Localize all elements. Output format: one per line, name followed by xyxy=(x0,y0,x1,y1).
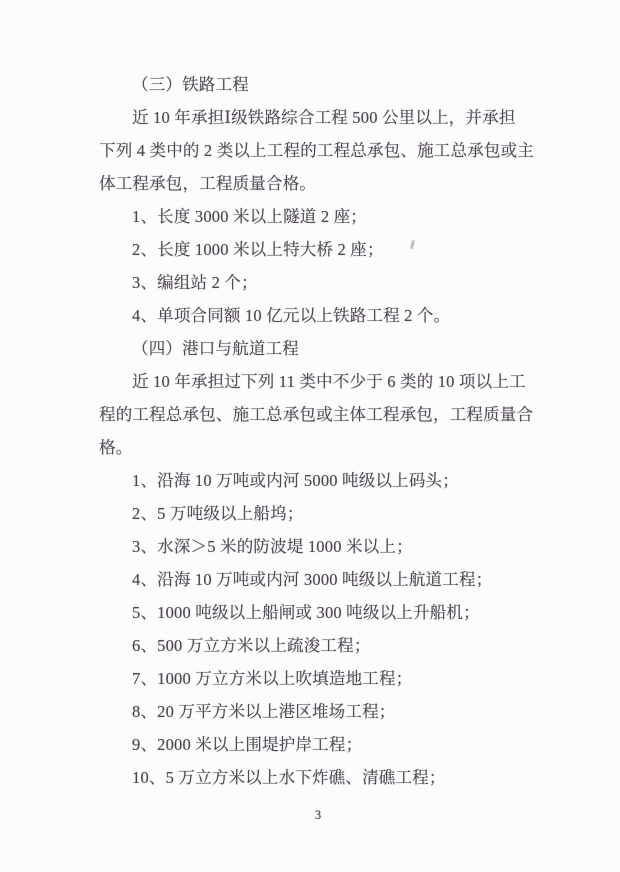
list-item: 10、5 万立方米以上水下炸礁、清礁工程； xyxy=(99,761,531,794)
list-item: 3、编组站 2 个； xyxy=(99,266,531,299)
list-item: 5、1000 吨级以上船闸或 300 吨级以上升船机； xyxy=(99,596,531,629)
paragraph-line: 程的工程总承包、施工总承包或主体工程承包，工程质量合 xyxy=(99,398,531,431)
list-item: 4、单项合同额 10 亿元以上铁路工程 2 个。 xyxy=(99,299,531,332)
list-item: 4、沿海 10 万吨或内河 3000 吨级以上航道工程； xyxy=(99,563,531,596)
list-item: 1、长度 3000 米以上隧道 2 座； xyxy=(99,200,531,233)
section-heading: （三）铁路工程 xyxy=(99,68,531,101)
list-item: 9、2000 米以上围堤护岸工程； xyxy=(99,728,531,761)
paragraph-line: 格。 xyxy=(99,431,531,464)
document-page: （三）铁路工程近 10 年承担Ⅰ级铁路综合工程 500 公里以上，并承担下列 4… xyxy=(0,0,620,872)
section-heading: （四）港口与航道工程 xyxy=(99,332,531,365)
document-text: （三）铁路工程近 10 年承担Ⅰ级铁路综合工程 500 公里以上，并承担下列 4… xyxy=(99,68,531,794)
page-number: 3 xyxy=(0,808,620,823)
list-item: 1、沿海 10 万吨或内河 5000 吨级以上码头； xyxy=(99,464,531,497)
list-item: 7、1000 万立方米以上吹填造地工程； xyxy=(99,662,531,695)
paragraph-line: 下列 4 类中的 2 类以上工程的工程总承包、施工总承包或主 xyxy=(99,134,531,167)
list-item: 8、20 万平方米以上港区堆场工程； xyxy=(99,695,531,728)
list-item: 2、5 万吨级以上船坞； xyxy=(99,497,531,530)
list-item: 6、500 万立方米以上疏浚工程； xyxy=(99,629,531,662)
paragraph-line: 体工程承包，工程质量合格。 xyxy=(99,167,531,200)
list-item: 3、水深＞5 米的防波堤 1000 米以上； xyxy=(99,530,531,563)
list-item: 2、长度 1000 米以上特大桥 2 座； xyxy=(99,233,531,266)
paragraph-line: 近 10 年承担Ⅰ级铁路综合工程 500 公里以上，并承担 xyxy=(99,101,531,134)
paragraph-line: 近 10 年承担过下列 11 类中不少于 6 类的 10 项以上工 xyxy=(99,365,531,398)
